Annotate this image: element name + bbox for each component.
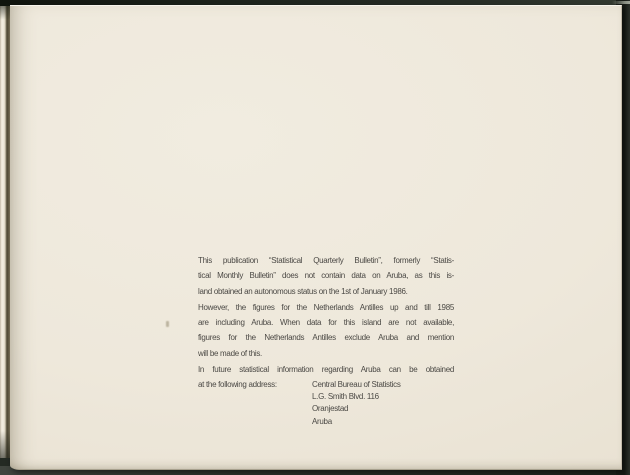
page-stack-edge <box>0 6 10 458</box>
text-line: However, the figures for the Netherlands… <box>198 300 454 315</box>
cover-edge-highlight <box>612 1 630 4</box>
address-line: Oranjestad <box>312 403 401 415</box>
notice-text-block: This publication “Statistical Quarterly … <box>198 253 454 394</box>
address-lead-in: at the following address: <box>198 380 277 389</box>
text-line: In future statistical information regard… <box>198 362 454 377</box>
address-line: Central Bureau of Statistics <box>312 379 401 391</box>
paragraph-1: This publication “Statistical Quarterly … <box>198 253 454 299</box>
paper-speck <box>166 321 169 327</box>
text-line: are including Aruba. When data for this … <box>198 315 454 330</box>
paragraph-2: However, the figures for the Netherlands… <box>198 300 454 361</box>
text-line: This publication “Statistical Quarterly … <box>198 253 454 268</box>
paragraph-3: In future statistical information regard… <box>198 362 454 393</box>
address-block: Central Bureau of Statistics L.G. Smith … <box>312 379 401 428</box>
text-line: figures for the Netherlands Antilles exc… <box>198 330 454 345</box>
address-line: Aruba <box>312 416 401 428</box>
book-photograph: This publication “Statistical Quarterly … <box>0 0 630 475</box>
address-line: L.G. Smith Blvd. 116 <box>312 391 401 403</box>
text-line: land obtained an autonomous status on th… <box>198 284 454 299</box>
text-line: will be made of this. <box>198 346 454 361</box>
book-page: This publication “Statistical Quarterly … <box>10 5 622 470</box>
text-line: tical Monthly Bulletin” does not contain… <box>198 268 454 283</box>
address-row: at the following address: Central Bureau… <box>198 377 454 392</box>
